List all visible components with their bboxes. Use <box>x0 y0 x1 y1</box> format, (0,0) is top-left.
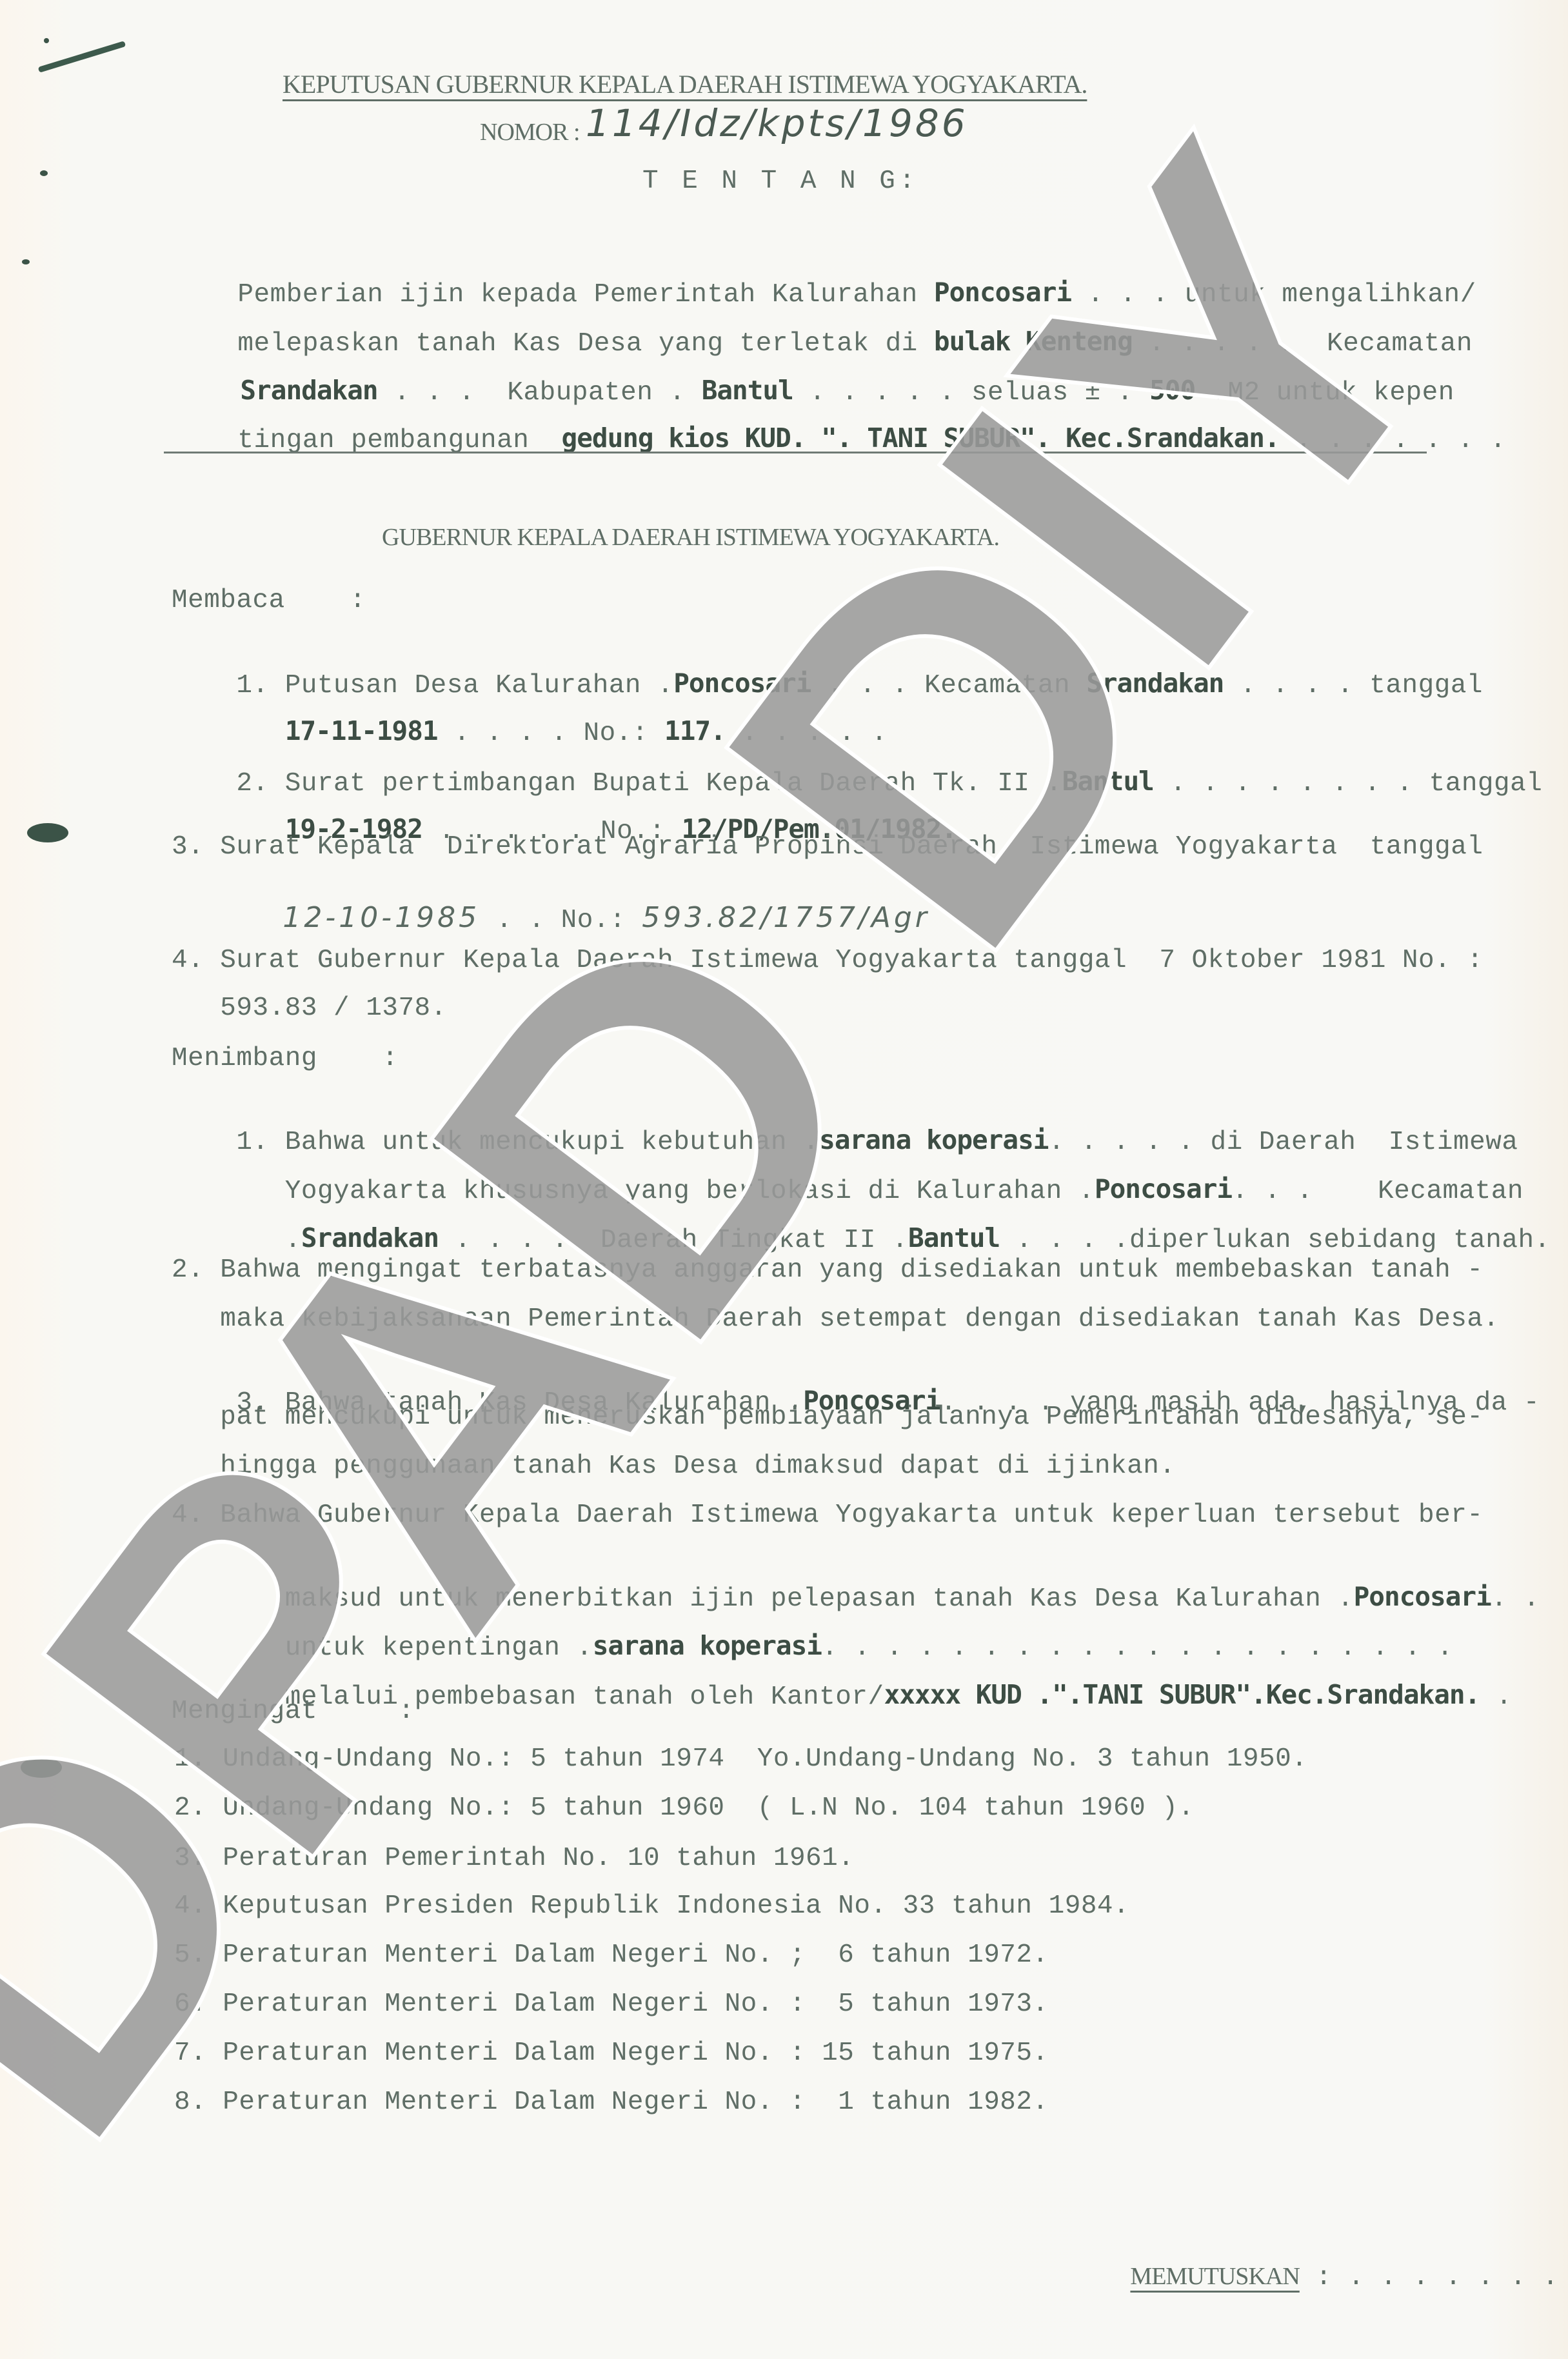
memutuskan-dots: : . . . . . . . . . . . . . . <box>1300 2263 1568 2293</box>
handwritten-number: 593.82/1757/Agr <box>642 901 930 934</box>
tentang-heading: T E N T A N G: <box>642 165 918 197</box>
document-page: KEPUTUSAN GUBERNUR KEPALA DAERAH ISTIMEW… <box>0 0 1568 2359</box>
mengingat-label: Mengingat : <box>172 1695 415 1727</box>
authority-heading: GUBERNUR KEPALA DAERAH ISTIMEWA YOGYAKAR… <box>382 521 999 553</box>
menimbang-item-3-line-3: hingga penggunaan tanah Kas Desa dimaksu… <box>172 1450 1175 1482</box>
punch-hole-speck <box>22 259 30 264</box>
mengingat-item: 2. Undang-Undang No.: 5 tahun 1960 ( L.N… <box>174 1792 1195 1824</box>
punch-hole-speck <box>40 170 48 176</box>
memutuskan-line: MEMUTUSKAN : . . . . . . . . . . . . . . <box>1066 2228 1568 2326</box>
membaca-item-4-line-1: 4. Surat Gubernur Kepala Daerah Istimewa… <box>172 944 1483 977</box>
menimbang-label: Menimbang : <box>172 1042 398 1075</box>
menimbang-item-3-line-2: pat mencukupi untuk meneruskan pembiayaa… <box>172 1401 1483 1433</box>
text: . . . . tanggal <box>1224 671 1483 701</box>
mengingat-item: 5. Peraturan Menteri Dalam Negeri No. ; … <box>174 1939 1049 1971</box>
filled-value: Srandakan <box>1086 668 1224 699</box>
text: . <box>1480 1682 1512 1712</box>
membaca-item-3-line-1: 3. Surat Kepala Direktorat Agraria Propi… <box>172 831 1483 863</box>
membaca-item-4-line-2: 593.83 / 1378. <box>172 992 447 1024</box>
mengingat-item: 6. Peraturan Menteri Dalam Negeri No. : … <box>174 1988 1049 2020</box>
filled-value: Bantul <box>908 1222 1000 1253</box>
text: . . . . . . . . tanggal <box>1154 769 1543 799</box>
text: . . <box>1491 1584 1540 1614</box>
subject-line-4: tingan pembangunan gedung kios KUD. ". T… <box>173 390 1506 489</box>
mengingat-item: 4. Keputusan Presiden Republik Indonesia… <box>174 1890 1129 1922</box>
text: . . . . Daerah Tingkat II . <box>439 1226 908 1255</box>
text: . . . .diperlukan sebidang tanah. <box>1000 1226 1551 1255</box>
punch-hole <box>27 823 68 842</box>
pen-stroke-mark <box>38 41 126 73</box>
mengingat-item: 1. Undang-Undang No.: 5 tahun 1974 Yo.Un… <box>174 1743 1307 1775</box>
memutuskan-label: MEMUTUSKAN <box>1130 2263 1299 2290</box>
divider <box>164 452 1427 453</box>
membaca-label: Membaca : <box>172 584 366 617</box>
nomor-handwritten-value: 114/Idz/kpts/1986 <box>586 107 968 139</box>
filled-value: Srandakan <box>301 1222 439 1253</box>
filled-value: xxxxx KUD .".TANI SUBUR".Kec.Srandakan. <box>884 1679 1480 1710</box>
nomor-label: NOMOR : <box>480 116 580 148</box>
menimbang-item-2-line-2: maka kebijaksanaan Pemerintah Daerah set… <box>172 1303 1500 1335</box>
handwritten-date: 12-10-1985 <box>283 901 480 934</box>
mengingat-item: 3. Peraturan Pemerintah No. 10 tahun 196… <box>174 1842 854 1875</box>
menimbang-item-2-line-1: 2. Bahwa mengingat terbatasnya anggaran … <box>172 1254 1483 1286</box>
punch-hole <box>21 1757 62 1778</box>
filled-purpose: gedung kios KUD. ". TANI SUBUR". Kec.Sra… <box>562 423 1280 453</box>
mengingat-item: 7. Peraturan Menteri Dalam Negeri No. : … <box>174 2037 1049 2069</box>
menimbang-item-4-line-1: 4. Bahwa Gubernur Kepala Daerah Istimewa… <box>172 1499 1483 1531</box>
punch-hole-speck <box>44 38 49 43</box>
filled-value: Bantul <box>1062 766 1154 797</box>
document-title: KEPUTUSAN GUBERNUR KEPALA DAERAH ISTIMEW… <box>283 68 1087 101</box>
text: . <box>236 1226 301 1255</box>
mengingat-item: 8. Peraturan Menteri Dalam Negeri No. : … <box>174 2086 1049 2118</box>
membaca-item-2-line-2: 19-2-1982 . . . . . No.: 12/PD/Pem.01/19… <box>172 781 957 880</box>
text: . . No.: <box>480 906 642 935</box>
